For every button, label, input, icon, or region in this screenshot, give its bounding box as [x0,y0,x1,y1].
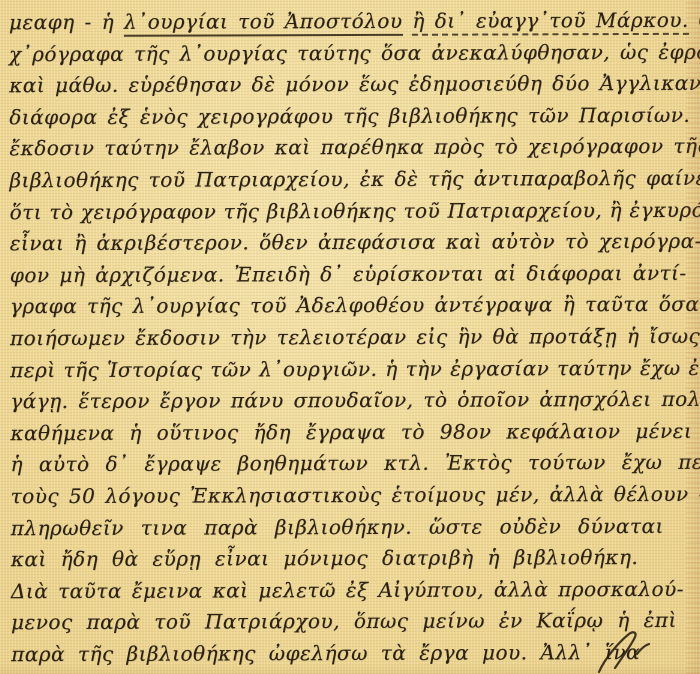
manuscript-line: χ᾽ρόγραφα τῆς λ᾽ουργίας ταύτης ὅσα ἀνεκα… [9,36,691,70]
line1-post: θὰ [689,8,700,32]
manuscript-line: πληρωθεῖν τινα παρὰ βιβλιοθήκην. ὥστε οὐ… [11,510,693,544]
line1-underlined-title-alt: ἢ δι᾽ εὐαγγ᾽τοῦ Μάρκου. [412,8,689,36]
manuscript-line: Διὰ ταῦτα ἔμεινα καὶ μελετῶ ἐξ Αἰγύπτου,… [11,573,693,607]
manuscript-line: μεαφη - ἡ λ᾽ουργίαι τοῦ Ἀποστόλου ἢ δι᾽ … [9,5,691,39]
manuscript-line: γραφα τῆς λ᾽ουργίας τοῦ Ἀδελφοθέου ἀντέγ… [10,289,692,323]
manuscript-line: εἶναι ἢ ἀκριβέστερον. ὅθεν ἀπεφάσισα καὶ… [10,226,692,260]
manuscript-line: καθήμενα ἡ οὕτινος ἤδη ἔγραψα τὸ 98ον κε… [10,416,692,450]
manuscript-line: καὶ μάθω. εὑρέθησαν δὲ μόνον ἕως ἐδημοσι… [9,68,691,102]
manuscript-line: ἔκδοσιν ταύτην ἔλαβον καὶ παρέθηκα πρὸς … [9,131,691,165]
manuscript-line: φον μὴ ἀρχιζόμενα. Ἐπειδὴ δ᾽ εὑρίσκονται… [10,258,692,292]
manuscript-line: ποιήσωμεν ἔκδοσιν τὴν τελειοτέραν εἰς ἣν… [10,321,692,355]
line1-mid [402,9,412,33]
manuscript-line: βιβλιοθήκης τοῦ Πατριαρχείου, ἐκ δὲ τῆς … [9,163,691,197]
manuscript-line: τοὺς 50 λόγους Ἐκκλησιαστικοὺς ἑτοίμους … [11,479,693,513]
manuscript-line: γάγῃ. ἕτερον ἔργον πάνυ σπουδαῖον, τὸ ὁπ… [10,384,692,418]
manuscript-line: παρὰ τῆς βιβλιοθήκης ὠφελήσω τὰ ἔργα μου… [11,637,693,671]
manuscript-line: διάφορα ἐξ ἑνὸς χειρογράφου τῆς βιβλιοθή… [9,100,691,134]
manuscript-text: μεαφη - ἡ λ᾽ουργίαι τοῦ Ἀποστόλου ἢ δι᾽ … [0,0,700,671]
line1-pre: μεαφη - ἡ [9,10,124,34]
manuscript-line: περὶ τῆς Ἱστορίας τῶν λ᾽ουργιῶν. ἡ τὴν ἐ… [10,352,692,386]
line1-underlined-title: λ᾽ουργίαι τοῦ Ἀποστόλου [124,9,403,37]
manuscript-line: ἡ αὐτὸ δ᾽ ἔγραψε βοηθημάτων κτλ. Ἐκτὸς τ… [10,447,692,481]
manuscript-line: ὅτι τὸ χειρόγραφον τῆς βιβλιοθήκης τοῦ Π… [10,194,692,228]
manuscript-line: καὶ ἤδη θὰ εὕρῃ εἶναι μόνιμος διατριβὴ ἡ… [11,542,693,576]
manuscript-page: μεαφη - ἡ λ᾽ουργίαι τοῦ Ἀποστόλου ἢ δι᾽ … [0,0,700,674]
manuscript-line: μενος παρὰ τοῦ Πατριάρχου, ὅπως μείνω ἐν… [11,605,693,639]
